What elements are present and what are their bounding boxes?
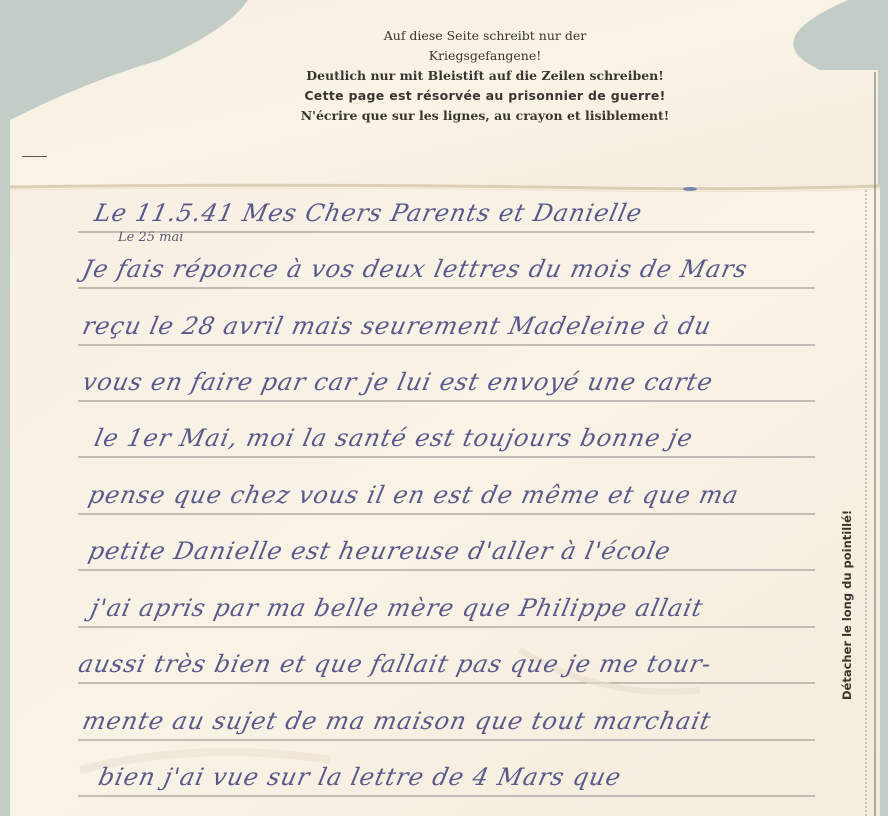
letter-paper: Auf diese Seite schreibt nur der Kriegsg… (0, 0, 888, 816)
letter-line-4: vous en faire par car je lui est envoyé … (80, 368, 716, 396)
letter-line-8: j'ai apris par ma belle mère que Philipp… (88, 594, 706, 622)
letter-line-3: reçu le 28 avril mais seurement Madelein… (80, 312, 714, 340)
letter-line-2: Je fais réponce à vos deux lettres du mo… (80, 255, 750, 283)
margin-note: Le 25 mai (118, 230, 183, 245)
header-line-1: Auf diese Seite schreibt nur der (200, 26, 770, 46)
letter-line-1: Le 11.5.41 Mes Chers Parents et Danielle (92, 199, 645, 227)
header-line-3: Deutlich nur mit Bleistift auf die Zeile… (200, 66, 770, 86)
letter-line-11: bien j'ai vue sur la lettre de 4 Mars qu… (96, 763, 624, 791)
letter-line-7: petite Danielle est heureuse d'aller à l… (86, 537, 674, 565)
detach-instruction-label: Détacher le long du pointillé! (840, 510, 854, 700)
header-line-4: Cette page est résorvée au prisonnier de… (200, 86, 770, 106)
header-line-5: N'écrire que sur les lignes, au crayon e… (200, 106, 770, 126)
fold-tick-mark (22, 156, 47, 157)
letter-line-9: aussi très bien et que fallait pas que j… (76, 650, 714, 678)
header-line-2: Kriegsgefangene! (200, 46, 770, 66)
letter-line-5: le 1er Mai, moi la santé est toujours bo… (92, 424, 696, 452)
letter-line-10: mente au sujet de ma maison que tout mar… (80, 707, 714, 735)
form-header: Auf diese Seite schreibt nur der Kriegsg… (200, 26, 770, 126)
letter-line-6: pense que chez vous il en est de même et… (86, 481, 742, 509)
